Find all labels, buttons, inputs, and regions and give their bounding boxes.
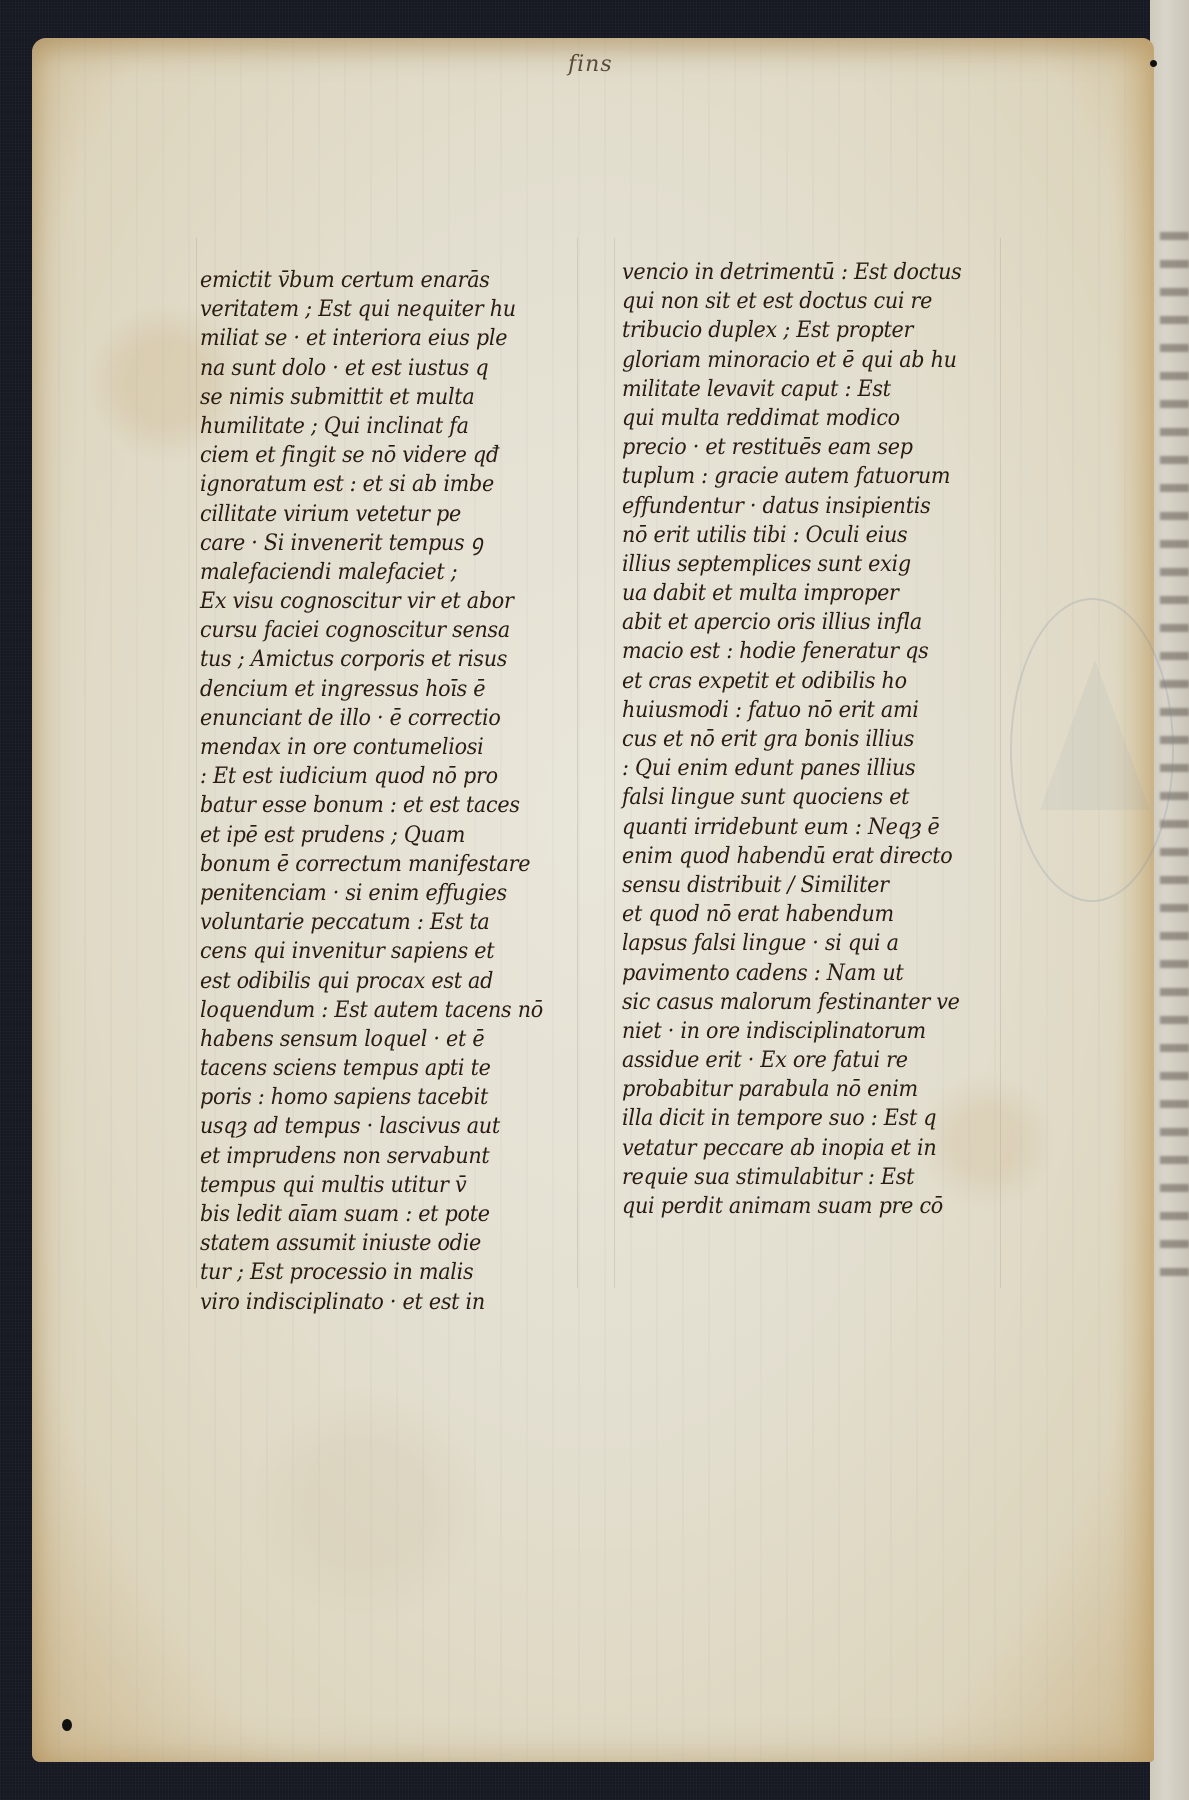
text-line: huiusmodi : fatuo nō erit ami xyxy=(622,696,962,725)
text-line: lapsus falsi lingue · si qui a xyxy=(622,929,962,958)
text-line: dencium et ingressus hoīs ē xyxy=(200,675,543,704)
text-line: effundentur · datus insipientis xyxy=(622,492,962,521)
foliation-mark: fins xyxy=(568,52,613,77)
text-line: falsi lingue sunt quociens et xyxy=(622,783,962,812)
text-line: usqȝ ad tempus · lascivus aut xyxy=(200,1112,543,1141)
wormhole xyxy=(1150,60,1157,67)
text-line: humilitate ; Qui inclinat fa xyxy=(200,412,543,441)
text-line: mendax in ore contumeliosi xyxy=(200,733,543,762)
text-line: Ex visu cognoscitur vir et abor xyxy=(200,587,543,616)
text-line: cens qui invenitur sapiens et xyxy=(200,937,543,966)
text-line: voluntarie peccatum : Est ta xyxy=(200,908,543,937)
text-line: gloriam minoracio et ē qui ab hu xyxy=(622,346,962,375)
text-line: requie sua stimulabitur : Est xyxy=(622,1163,962,1192)
text-line: niet · in ore indisciplinatorum xyxy=(622,1017,962,1046)
text-line: tribucio duplex ; Est propter xyxy=(622,316,962,345)
text-line: est odibilis qui procax est ad xyxy=(200,967,543,996)
text-line: qui multa reddimat modico xyxy=(622,404,962,433)
text-line: malefaciendi malefaciet ; xyxy=(200,558,543,587)
ruling-line xyxy=(1000,238,1001,1288)
ruling-line xyxy=(196,238,197,1288)
text-line: probabitur parabula nō enim xyxy=(622,1075,962,1104)
text-line: bonum ē correctum manifestare xyxy=(200,850,543,879)
text-line: miliat se · et interiora eius ple xyxy=(200,324,543,353)
text-line: : Qui enim edunt panes illius xyxy=(622,754,962,783)
text-line: vencio in detrimentū : Est doctus xyxy=(622,258,962,287)
text-line: statem assumit iniuste odie xyxy=(200,1229,543,1258)
text-line: et ipē est prudens ; Quam xyxy=(200,821,543,850)
text-line: illius septemplices sunt exig xyxy=(622,550,962,579)
text-line: et imprudens non servabunt xyxy=(200,1142,543,1171)
text-line: macio est : hodie feneratur qs xyxy=(622,637,962,666)
text-line: quanti irridebunt eum : Neqȝ ē xyxy=(622,813,962,842)
ruling-line xyxy=(577,238,578,1288)
text-line: precio · et restituēs eam sep xyxy=(622,433,962,462)
text-line: abit et apercio oris illius infla xyxy=(622,608,962,637)
text-line: tempus qui multis utitur v̄ xyxy=(200,1171,543,1200)
text-line: tur ; Est processio in malis xyxy=(200,1258,543,1287)
text-line: bis ledit aīam suam : et pote xyxy=(200,1200,543,1229)
text-line: enim quod habendū erat directo xyxy=(622,842,962,871)
text-line: vetatur peccare ab inopia et in xyxy=(622,1134,962,1163)
text-line: enunciant de illo · ē correctio xyxy=(200,704,543,733)
text-column-left: emictit v̄bum certum enarās veritatem ; … xyxy=(200,266,573,1317)
text-line: illa dicit in tempore suo : Est q xyxy=(622,1104,962,1133)
text-line: tuplum : gracie autem fatuorum xyxy=(622,462,962,491)
text-line: assidue erit · Ex ore fatui re xyxy=(622,1046,962,1075)
text-line: cursu faciei cognoscitur sensa xyxy=(200,616,543,645)
text-line: militate levavit caput : Est xyxy=(622,375,962,404)
text-line: ciem et fingit se nō videre qđ xyxy=(200,441,543,470)
text-line: qui perdit animam suam pre cō xyxy=(622,1192,962,1221)
text-line: care · Si invenerit tempus ꝯ xyxy=(200,529,543,558)
text-line: poris : homo sapiens tacebit xyxy=(200,1083,543,1112)
text-line: sensu distribuit / Similiter xyxy=(622,871,962,900)
text-line: viro indisciplinato · et est in xyxy=(200,1288,543,1317)
text-line: se nimis submittit et multa xyxy=(200,383,543,412)
text-line: : Et est iudicium quod nō pro xyxy=(200,762,543,791)
wormhole xyxy=(62,1719,72,1731)
text-line: veritatem ; Est qui nequiter hu xyxy=(200,295,543,324)
text-line: ignoratum est : et si ab imbe xyxy=(200,470,543,499)
text-column-right: vencio in detrimentū : Est doctus qui no… xyxy=(622,258,991,1221)
ruling-line xyxy=(614,238,615,1288)
text-line: pavimento cadens : Nam ut xyxy=(622,959,962,988)
text-line: tacens sciens tempus apti te xyxy=(200,1054,543,1083)
text-line: na sunt dolo · et est iustus q xyxy=(200,354,543,383)
text-line: qui non sit et est doctus cui re xyxy=(622,287,962,316)
text-line: et cras expetit et odibilis ho xyxy=(622,667,962,696)
text-line: ua dabit et multa improper xyxy=(622,579,962,608)
text-line: et quod nō erat habendum xyxy=(622,900,962,929)
edge-stain xyxy=(1114,38,1154,1762)
text-line: tus ; Amictus corporis et risus xyxy=(200,645,543,674)
text-line: emictit v̄bum certum enarās xyxy=(200,266,543,295)
text-line: cillitate virium vetetur pe xyxy=(200,500,543,529)
text-line: habens sensum loquel · et ē xyxy=(200,1025,543,1054)
text-line: loquendum : Est autem tacens nō xyxy=(200,996,543,1025)
watermark-icon xyxy=(1010,598,1174,902)
text-line: batur esse bonum : et est taces xyxy=(200,791,543,820)
text-line: nō erit utilis tibi : Oculi eius xyxy=(622,521,962,550)
text-line: sic casus malorum festinanter ve xyxy=(622,988,962,1017)
text-line: cus et nō erit gra bonis illius xyxy=(622,725,962,754)
text-line: penitenciam · si enim effugies xyxy=(200,879,543,908)
